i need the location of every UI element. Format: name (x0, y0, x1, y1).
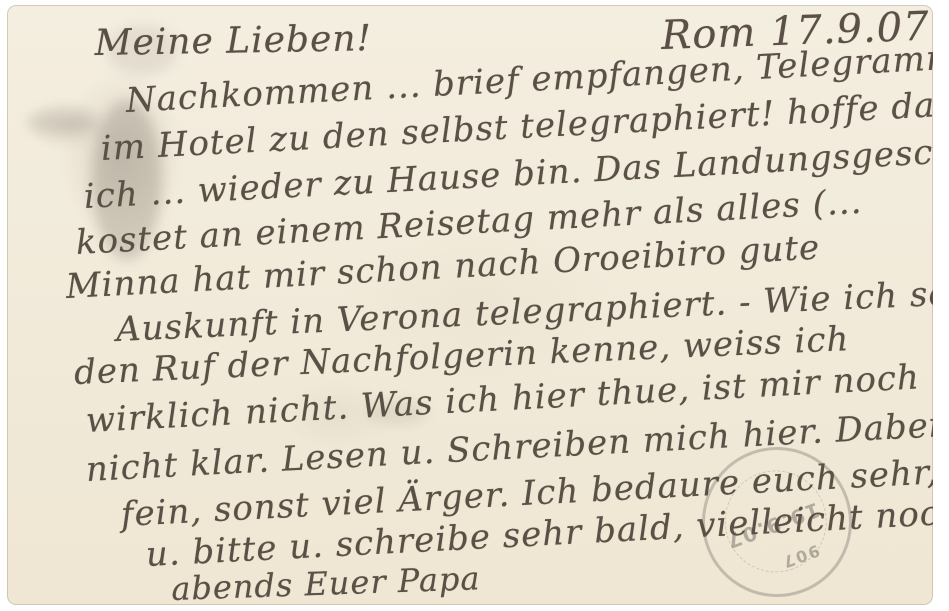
postcard: 19.9.07 907 Rom 17.9.07 Meine Lieben! Na… (7, 5, 933, 605)
salutation: Meine Lieben! (94, 18, 372, 64)
ink-smudge (27, 110, 97, 135)
scan-page: 19.9.07 907 Rom 17.9.07 Meine Lieben! Na… (0, 0, 949, 611)
